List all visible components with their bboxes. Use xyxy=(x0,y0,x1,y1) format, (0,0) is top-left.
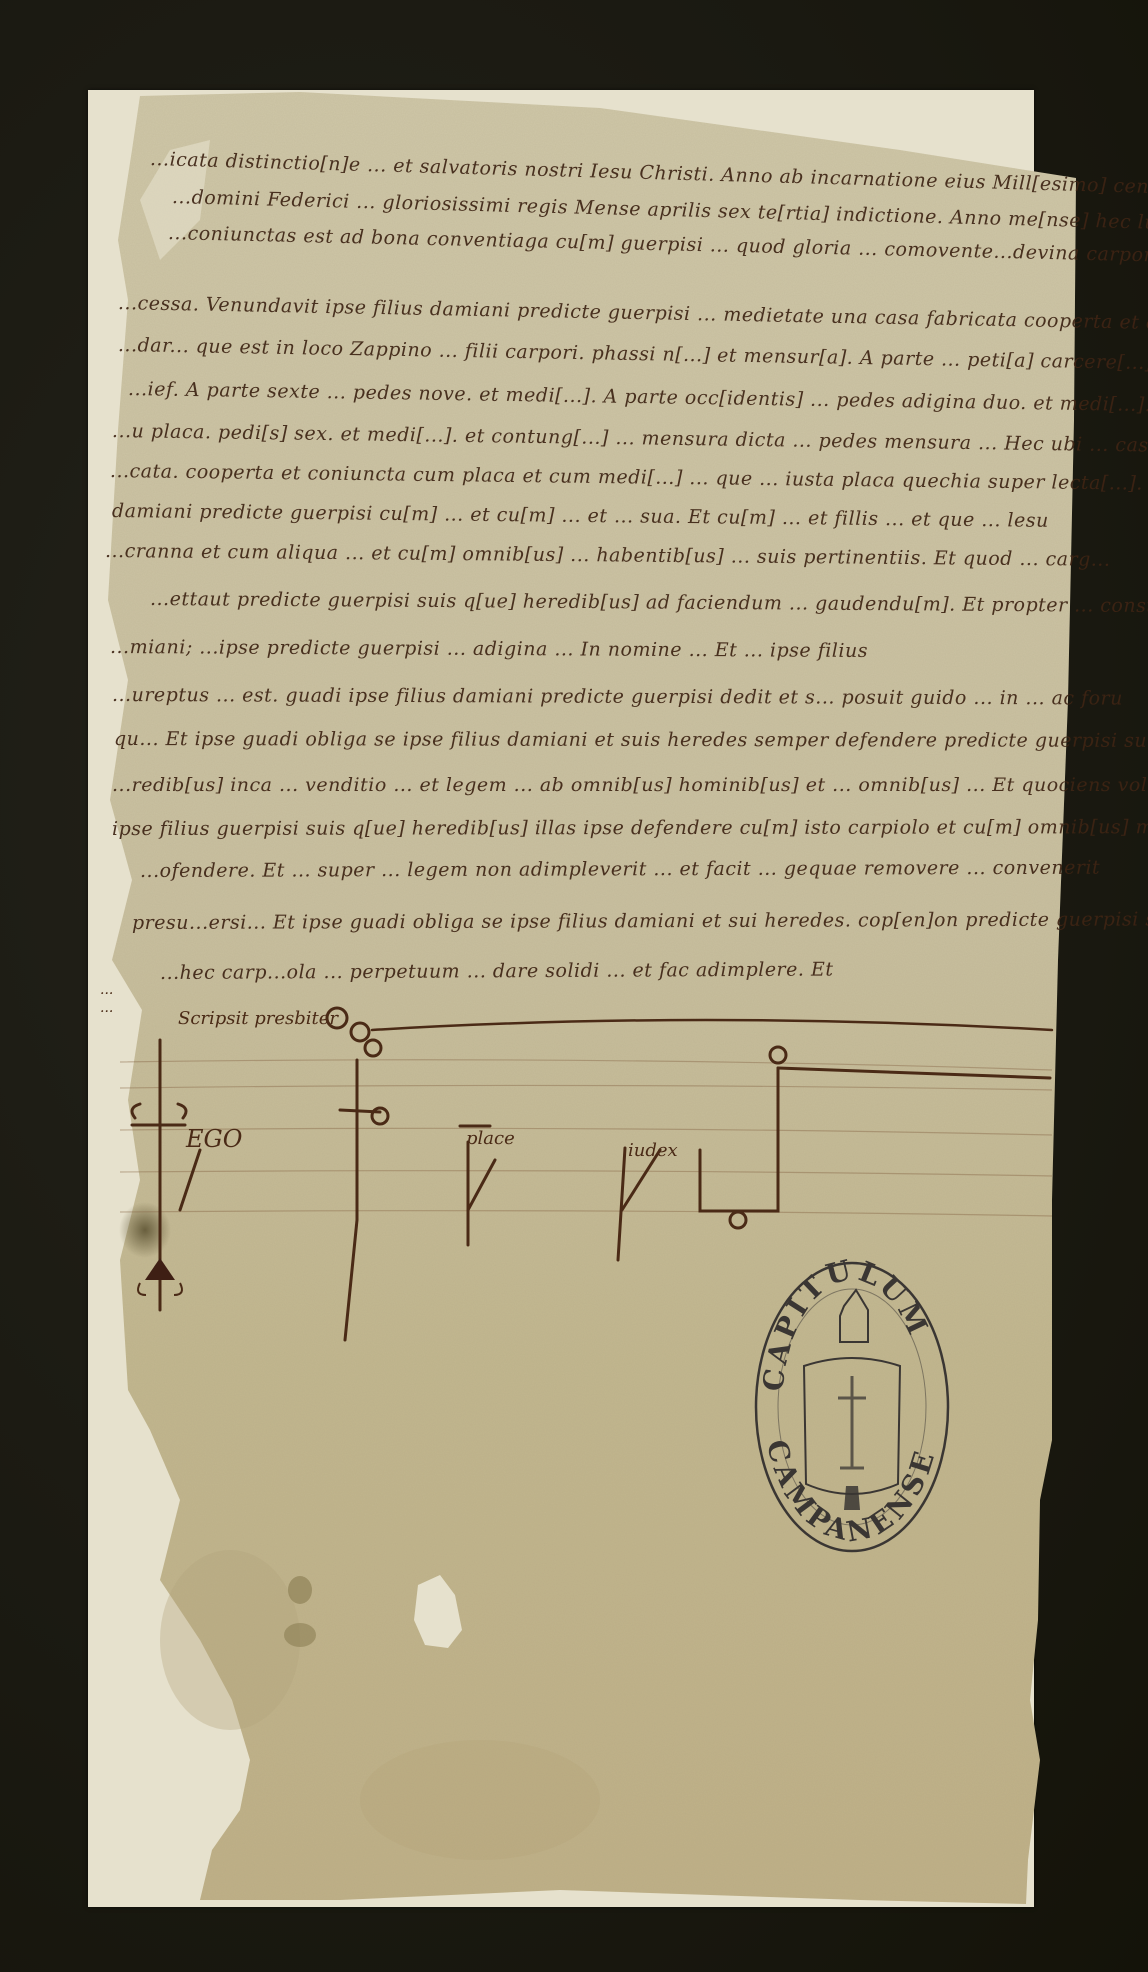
triangle-terminal xyxy=(145,1258,175,1280)
mitre-icon xyxy=(840,1290,868,1342)
tower-icon xyxy=(844,1486,860,1510)
subscription-iudex: iudex xyxy=(628,1140,678,1161)
margin-note: ... xyxy=(100,982,113,998)
margin-note: ... xyxy=(100,1000,113,1016)
subscription-ego: EGO xyxy=(186,1125,242,1153)
subscriptions xyxy=(0,0,1148,1972)
capitulum-seal: CAPITULUM CAMPANENSE xyxy=(752,1258,952,1556)
seal-inscription-top: CAPITULUM xyxy=(756,1258,935,1393)
subscription-place: place xyxy=(466,1128,515,1149)
photo-background: ...icata distinctio[n]e ... et salvatori… xyxy=(0,0,1148,1972)
scribe-line: Scripsit presbiter xyxy=(178,1008,338,1029)
